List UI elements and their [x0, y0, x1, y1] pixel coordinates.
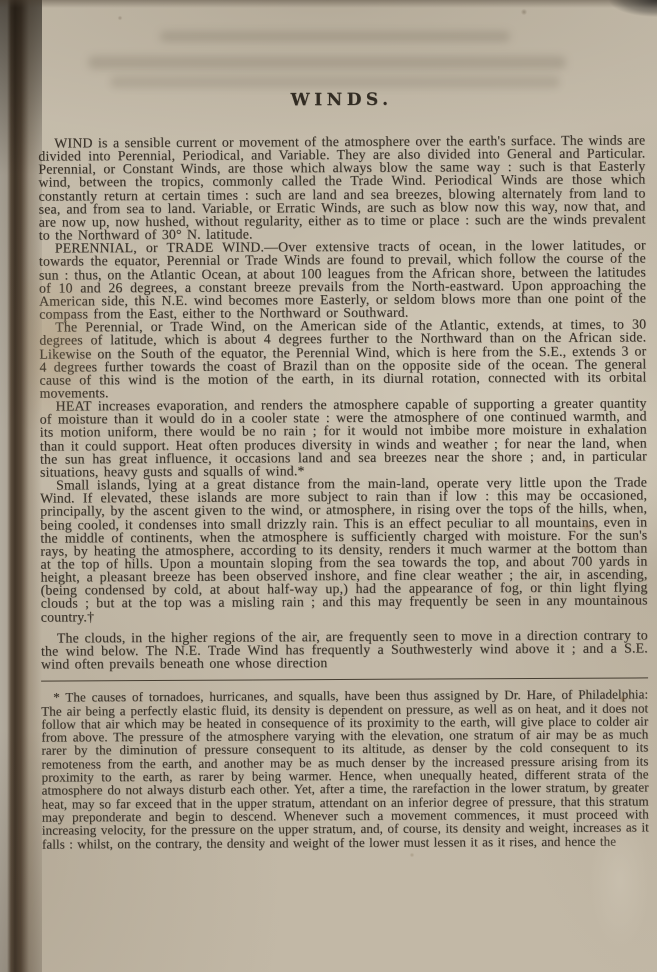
page-title: WINDS.	[38, 88, 645, 111]
page-corner-shadow	[587, 0, 657, 26]
paragraph-clouds-upper-air: The clouds, in the higher regions of the…	[41, 628, 648, 671]
book-gutter-shadow	[0, 0, 42, 972]
paragraph-wind-definition: WIND is a sensible current or movement o…	[38, 133, 646, 241]
reverse-side-bleedthrough	[110, 76, 560, 88]
paragraph-trade-wind-atlantic: The Perennial, or Trade Wind, on the Ame…	[39, 318, 646, 400]
paragraph-perennial-trade-wind: PERENNIAL, or TRADE WIND.—Over extensive…	[39, 239, 646, 321]
paragraph-small-islands: Small islands, lying at a great distance…	[40, 475, 648, 623]
reverse-side-bleedthrough	[160, 31, 510, 42]
footnote-dr-hare: * The causes of tornadoes, hurricanes, a…	[41, 688, 649, 851]
page-content: WINDS. WIND is a sensible current or mov…	[38, 88, 649, 850]
page-top-edge-shadow	[0, 0, 657, 8]
footnote-divider-rule	[41, 678, 648, 682]
paragraph-heat-evaporation: HEAT increases evaporation, and renders …	[40, 397, 647, 479]
scanned-book-page: WINDS. WIND is a sensible current or mov…	[0, 0, 657, 972]
reverse-side-bleedthrough	[88, 56, 566, 69]
